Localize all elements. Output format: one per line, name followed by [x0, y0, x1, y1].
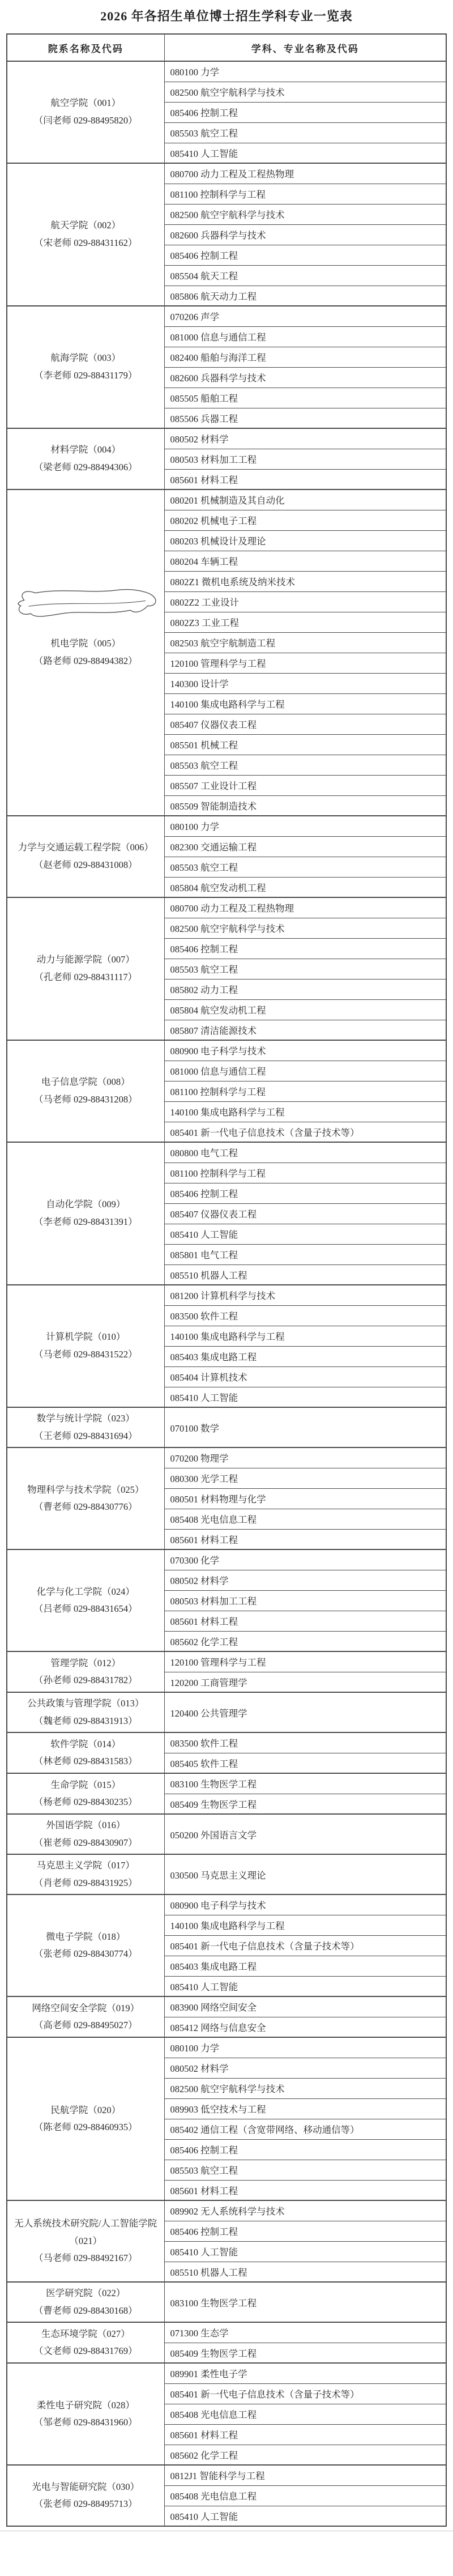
major-cell: 085403 集成电路工程	[164, 1956, 446, 1976]
college-cell: 数学与统计学院（023）（王老师 029-88431694）	[7, 1407, 164, 1447]
major-cell: 085510 机器人工程	[164, 1264, 446, 1285]
college-cell: 医学研究院（022）（曹老师 029-88430168）	[7, 2282, 164, 2322]
major-cell: 085408 光电信息工程	[164, 1509, 446, 1529]
major-cell: 085407 仪器仪表工程	[164, 714, 446, 734]
major-cell: 140100 集成电路科学与工程	[164, 693, 446, 714]
college-cell: 力学与交通运载工程学院（006）（赵老师 029-88431008）	[7, 816, 164, 897]
major-cell: 085807 清洁能源技术	[164, 1020, 446, 1040]
college-cell: 计算机学院（010）（马老师 029-88431522）	[7, 1285, 164, 1407]
college-cell: 航天学院（002）（宋老师 029-88431162）	[7, 163, 164, 306]
major-cell: 082400 船舶与海洋工程	[164, 347, 446, 367]
major-cell: 080100 力学	[164, 816, 446, 836]
college-contact: （赵老师 029-88431008）	[12, 857, 160, 874]
major-cell: 083100 生物医学工程	[164, 2282, 446, 2322]
major-cell: 140300 设计学	[164, 673, 446, 693]
major-cell: 085503 航空工程	[164, 2160, 446, 2180]
college-contact: （曹老师 029-88430776）	[12, 1498, 160, 1516]
major-cell: 030500 马克思主义理论	[164, 1854, 446, 1894]
major-cell: 083500 软件工程	[164, 1732, 446, 1753]
major-cell: 140100 集成电路科学与工程	[164, 1915, 446, 1935]
college-name: 马克思主义学院（017）	[12, 1857, 160, 1875]
college-name: 无人系统技术研究院/人工智能学院（021）	[12, 2215, 160, 2250]
major-cell: 082600 兵器科学与技术	[164, 224, 446, 245]
college-cell: 无人系统技术研究院/人工智能学院（021）（马老师 029-88492167）	[7, 2200, 164, 2282]
college-cell: 民航学院（020）（陈老师 029-88460935）	[7, 2037, 164, 2200]
college-contact: （路老师 029-88494382）	[12, 653, 160, 670]
major-cell: 120200 工商管理学	[164, 1672, 446, 1692]
major-cell: 085503 航空工程	[164, 959, 446, 979]
major-cell: 082500 航空宇航科学与技术	[164, 918, 446, 938]
major-cell: 085505 船舶工程	[164, 388, 446, 408]
major-cell: 085409 生物医学工程	[164, 1794, 446, 1814]
college-contact: （马老师 029-88431522）	[12, 1346, 160, 1364]
major-cell: 070100 数学	[164, 1407, 446, 1447]
college-name: 航海学院（003）	[12, 350, 160, 367]
major-cell: 085406 控制工程	[164, 245, 446, 265]
major-cell: 085506 兵器工程	[164, 408, 446, 428]
college-contact: （林老师 029-88431583）	[12, 1753, 160, 1770]
college-contact: （李老师 029-88431391）	[12, 1214, 160, 1231]
major-cell: 089902 无人系统科学与技术	[164, 2200, 446, 2221]
college-cell: 化学与化工学院（024）（吕老师 029-88431654）	[7, 1549, 164, 1651]
major-cell: 085409 生物医学工程	[164, 2343, 446, 2363]
college-cell: 管理学院（012）（孙老师 029-88431782）	[7, 1651, 164, 1692]
major-cell: 120100 管理科学与工程	[164, 1651, 446, 1672]
major-cell: 085410 人工智能	[164, 1387, 446, 1407]
college-contact: （梁老师 029-88494306）	[12, 459, 160, 476]
major-cell: 085402 通信工程（含宽带网络、移动通信等）	[164, 2119, 446, 2139]
major-cell: 120400 公共管理学	[164, 1692, 446, 1732]
major-cell: 082500 航空宇航科学与技术	[164, 2078, 446, 2098]
college-name: 航空学院（001）	[12, 95, 160, 112]
table-row: 化学与化工学院（024）（吕老师 029-88431654）070300 化学	[7, 1549, 446, 1570]
college-name: 生态环境学院（027）	[12, 2326, 160, 2343]
major-cell: 070206 声学	[164, 306, 446, 326]
college-name: 材料学院（004）	[12, 441, 160, 459]
major-cell: 085601 材料工程	[164, 469, 446, 489]
table-row: 公共政策与管理学院（013）（魏老师 029-88431913）120400 公…	[7, 1692, 446, 1732]
college-contact: （闫老师 029-88495820）	[12, 112, 160, 130]
programs-table: 院系名称及代码 学科、专业名称及代码 航空学院（001）（闫老师 029-884…	[6, 33, 447, 2527]
major-cell: 085804 航空发动机工程	[164, 877, 446, 897]
college-name: 柔性电子研究院（028）	[12, 2397, 160, 2415]
major-cell: 081100 控制科学与工程	[164, 184, 446, 204]
table-row: 无人系统技术研究院/人工智能学院（021）（马老师 029-88492167）0…	[7, 2200, 446, 2221]
major-cell: 083500 软件工程	[164, 1305, 446, 1326]
major-cell: 081100 控制科学与工程	[164, 1163, 446, 1183]
table-row: 管理学院（012）（孙老师 029-88431782）120100 管理科学与工…	[7, 1651, 446, 1672]
college-cell: 外国语学院（016）（崔老师 029-88430907）	[7, 1814, 164, 1854]
major-cell: 085602 化学工程	[164, 2445, 446, 2465]
major-cell: 085509 智能制造技术	[164, 795, 446, 816]
table-row: 计算机学院（010）（马老师 029-88431522）081200 计算机科学…	[7, 1285, 446, 1305]
major-cell: 085406 控制工程	[164, 938, 446, 959]
college-cell: 马克思主义学院（017）（肖老师 029-88431925）	[7, 1854, 164, 1894]
major-cell: 081000 信息与通信工程	[164, 1061, 446, 1081]
college-name: 医学研究院（022）	[12, 2285, 160, 2302]
major-cell: 085501 机械工程	[164, 734, 446, 755]
major-cell: 080900 电子科学与技术	[164, 1040, 446, 1061]
college-contact: （杨老师 029-88430235）	[12, 1794, 160, 1811]
table-row: 医学研究院（022）（曹老师 029-88430168）083100 生物医学工…	[7, 2282, 446, 2322]
college-name: 管理学院（012）	[12, 1655, 160, 1672]
major-cell: 082600 兵器科学与技术	[164, 367, 446, 388]
major-cell: 085403 集成电路工程	[164, 1346, 446, 1366]
major-cell: 070200 物理学	[164, 1447, 446, 1468]
major-cell: 0802Z3 工业工程	[164, 612, 446, 632]
college-cell: 自动化学院（009）（李老师 029-88431391）	[7, 1142, 164, 1285]
major-cell: 080503 材料加工工程	[164, 449, 446, 469]
document-page: 2026 年各招生单位博士招生学科专业一览表 院系名称及代码 学科、专业名称及代…	[0, 0, 453, 2531]
major-cell: 085510 机器人工程	[164, 2262, 446, 2282]
college-contact: （张老师 029-88430774）	[12, 1945, 160, 1963]
major-cell: 085806 航天动力工程	[164, 286, 446, 306]
college-contact: （张老师 029-88495713）	[12, 2496, 160, 2513]
major-cell: 085405 软件工程	[164, 1753, 446, 1773]
major-cell: 080201 机械制造及其自动化	[164, 489, 446, 510]
table-row: 数学与统计学院（023）（王老师 029-88431694）070100 数学	[7, 1407, 446, 1447]
major-cell: 085408 光电信息工程	[164, 2404, 446, 2424]
column-header-college: 院系名称及代码	[7, 34, 164, 61]
major-cell: 085410 人工智能	[164, 2506, 446, 2526]
table-body: 航空学院（001）（闫老师 029-88495820）080100 力学0825…	[7, 61, 446, 2526]
college-name: 化学与化工学院（024）	[12, 1583, 160, 1601]
major-cell: 080100 力学	[164, 61, 446, 82]
college-contact: （李老师 029-88431179）	[12, 367, 160, 385]
major-cell: 140100 集成电路科学与工程	[164, 1326, 446, 1346]
major-cell: 085401 新一代电子信息技术（含量子技术等）	[164, 1935, 446, 1956]
major-cell: 080900 电子科学与技术	[164, 1894, 446, 1915]
major-cell: 085404 计算机技术	[164, 1366, 446, 1387]
college-name: 软件学院（014）	[12, 1736, 160, 1753]
college-contact: （文老师 029-88431769）	[12, 2343, 160, 2360]
major-cell: 0802Z2 工业设计	[164, 591, 446, 612]
major-cell: 080700 动力工程及工程热物理	[164, 163, 446, 184]
table-row: 电子信息学院（008）（马老师 029-88431208）080900 电子科学…	[7, 1040, 446, 1061]
major-cell: 081000 信息与通信工程	[164, 326, 446, 347]
table-row: 力学与交通运载工程学院（006）（赵老师 029-88431008）080100…	[7, 816, 446, 836]
major-cell: 082500 航空宇航科学与技术	[164, 204, 446, 224]
college-cell: 机电学院（005）（路老师 029-88494382）	[7, 489, 164, 816]
handwritten-scribble-icon	[11, 581, 161, 620]
college-name: 公共政策与管理学院（013）	[12, 1695, 160, 1713]
table-row: 材料学院（004）（梁老师 029-88494306）080502 材料学	[7, 428, 446, 449]
college-name: 电子信息学院（008）	[12, 1074, 160, 1091]
college-contact: （马老师 029-88492167）	[12, 2250, 160, 2267]
college-name: 自动化学院（009）	[12, 1196, 160, 1214]
major-cell: 120100 管理科学与工程	[164, 653, 446, 673]
major-cell: 080502 材料学	[164, 428, 446, 449]
major-cell: 080800 电气工程	[164, 1142, 446, 1163]
major-cell: 080502 材料学	[164, 1570, 446, 1590]
college-contact: （吕老师 029-88431654）	[12, 1600, 160, 1618]
major-cell: 085408 光电信息工程	[164, 2485, 446, 2506]
major-cell: 071300 生态学	[164, 2322, 446, 2343]
college-cell: 光电与智能研究院（030）（张老师 029-88495713）	[7, 2465, 164, 2526]
major-cell: 0802Z1 微机电系统及纳米技术	[164, 571, 446, 591]
college-name: 航天学院（002）	[12, 217, 160, 235]
major-cell: 085412 网络与信息安全	[164, 2017, 446, 2037]
major-cell: 085406 控制工程	[164, 1183, 446, 1203]
college-cell: 网络空间安全学院（019）（高老师 029-88495027）	[7, 1996, 164, 2037]
major-cell: 082503 航空宇航制造工程	[164, 632, 446, 653]
major-cell: 085406 控制工程	[164, 2221, 446, 2241]
table-row: 网络空间安全学院（019）（高老师 029-88495027）083900 网络…	[7, 1996, 446, 2017]
table-row: 生态环境学院（027）（文老师 029-88431769）071300 生态学	[7, 2322, 446, 2343]
major-cell: 083100 生物医学工程	[164, 1773, 446, 1794]
major-cell: 080204 车辆工程	[164, 551, 446, 571]
major-cell: 080100 力学	[164, 2037, 446, 2058]
major-cell: 080203 机械设计及理论	[164, 530, 446, 551]
major-cell: 081200 计算机科学与技术	[164, 1285, 446, 1305]
table-row: 生命学院（015）（杨老师 029-88430235）083100 生物医学工程	[7, 1773, 446, 1794]
college-cell: 材料学院（004）（梁老师 029-88494306）	[7, 428, 164, 489]
college-name: 数学与统计学院（023）	[12, 1410, 160, 1428]
table-row: 航空学院（001）（闫老师 029-88495820）080100 力学	[7, 61, 446, 82]
table-row: 航海学院（003）（李老师 029-88431179）070206 声学	[7, 306, 446, 326]
major-cell: 085504 航天工程	[164, 265, 446, 286]
college-name: 光电与智能研究院（030）	[12, 2479, 160, 2496]
college-contact: （曹老师 029-88430168）	[12, 2302, 160, 2320]
major-cell: 089901 柔性电子学	[164, 2363, 446, 2383]
major-cell: 085602 化学工程	[164, 1631, 446, 1651]
college-contact: （马老师 029-88431208）	[12, 1091, 160, 1109]
college-name: 网络空间安全学院（019）	[12, 2000, 160, 2017]
college-cell: 柔性电子研究院（028）（邹老师 029-88431960）	[7, 2363, 164, 2465]
college-name: 生命学院（015）	[12, 1777, 160, 1794]
table-row: 航天学院（002）（宋老师 029-88431162）080700 动力工程及工…	[7, 163, 446, 184]
major-cell: 085601 材料工程	[164, 2180, 446, 2200]
college-name: 微电子学院（018）	[12, 1928, 160, 1946]
college-cell: 物理科学与技术学院（025）（曹老师 029-88430776）	[7, 1447, 164, 1549]
college-cell: 公共政策与管理学院（013）（魏老师 029-88431913）	[7, 1692, 164, 1732]
table-row: 自动化学院（009）（李老师 029-88431391）080800 电气工程	[7, 1142, 446, 1163]
column-header-majors: 学科、专业名称及代码	[164, 34, 446, 61]
table-row: 民航学院（020）（陈老师 029-88460935）080100 力学	[7, 2037, 446, 2058]
major-cell: 085802 动力工程	[164, 979, 446, 999]
page-title: 2026 年各招生单位博士招生学科专业一览表	[0, 7, 453, 24]
major-cell: 085410 人工智能	[164, 143, 446, 163]
college-name: 动力与能源学院（007）	[12, 951, 160, 969]
major-cell: 085407 仪器仪表工程	[164, 1203, 446, 1224]
major-cell: 085410 人工智能	[164, 2241, 446, 2262]
table-row: 微电子学院（018）（张老师 029-88430774）080900 电子科学与…	[7, 1894, 446, 1915]
college-contact: （宋老师 029-88431162）	[12, 235, 160, 252]
table-row: 马克思主义学院（017）（肖老师 029-88431925）030500 马克思…	[7, 1854, 446, 1894]
major-cell: 083900 网络空间安全	[164, 1996, 446, 2017]
college-contact: （高老师 029-88495027）	[12, 2017, 160, 2034]
college-name: 机电学院（005）	[12, 635, 160, 653]
table-row: 外国语学院（016）（崔老师 029-88430907）050200 外国语言文…	[7, 1814, 446, 1854]
major-cell: 080700 动力工程及工程热物理	[164, 897, 446, 918]
college-name: 民航学院（020）	[12, 2102, 160, 2119]
major-cell: 080502 材料学	[164, 2058, 446, 2078]
college-contact: （王老师 029-88431694）	[12, 1428, 160, 1445]
major-cell: 085804 航空发动机工程	[164, 999, 446, 1020]
major-cell: 085410 人工智能	[164, 1224, 446, 1244]
major-cell: 085801 电气工程	[164, 1244, 446, 1264]
college-name: 外国语学院（016）	[12, 1817, 160, 1834]
major-cell: 140100 集成电路科学与工程	[164, 1101, 446, 1122]
major-cell: 085503 航空工程	[164, 122, 446, 143]
major-cell: 081100 控制科学与工程	[164, 1081, 446, 1101]
major-cell: 085401 新一代电子信息技术（含量子技术等）	[164, 2383, 446, 2404]
college-cell: 微电子学院（018）（张老师 029-88430774）	[7, 1894, 164, 1996]
college-cell: 航海学院（003）（李老师 029-88431179）	[7, 306, 164, 428]
major-cell: 082500 航空宇航科学与技术	[164, 82, 446, 102]
major-cell: 080501 材料物理与化学	[164, 1488, 446, 1509]
table-row: 光电与智能研究院（030）（张老师 029-88495713）0812J1 智能…	[7, 2465, 446, 2485]
major-cell: 085503 航空工程	[164, 857, 446, 877]
major-cell: 080503 材料加工工程	[164, 1590, 446, 1611]
major-cell: 070300 化学	[164, 1549, 446, 1570]
college-contact: （崔老师 029-88430907）	[12, 1834, 160, 1852]
college-cell: 软件学院（014）（林老师 029-88431583）	[7, 1732, 164, 1773]
college-cell: 生态环境学院（027）（文老师 029-88431769）	[7, 2322, 164, 2363]
college-cell: 航空学院（001）（闫老师 029-88495820）	[7, 61, 164, 163]
major-cell: 085601 材料工程	[164, 1529, 446, 1549]
table-row: 软件学院（014）（林老师 029-88431583）083500 软件工程	[7, 1732, 446, 1753]
table-row: 物理科学与技术学院（025）（曹老师 029-88430776）070200 物…	[7, 1447, 446, 1468]
major-cell: 085601 材料工程	[164, 1611, 446, 1631]
table-row: 动力与能源学院（007）（孔老师 029-88431117）080700 动力工…	[7, 897, 446, 918]
college-contact: （邹老师 029-88431960）	[12, 2414, 160, 2432]
college-name: 物理科学与技术学院（025）	[12, 1481, 160, 1499]
college-contact: （孔老师 029-88431117）	[12, 969, 160, 986]
major-cell: 085601 材料工程	[164, 2424, 446, 2445]
college-cell: 生命学院（015）（杨老师 029-88430235）	[7, 1773, 164, 1814]
major-cell: 0812J1 智能科学与工程	[164, 2465, 446, 2485]
major-cell: 085401 新一代电子信息技术（含量子技术等）	[164, 1122, 446, 1142]
major-cell: 050200 外国语言文学	[164, 1814, 446, 1854]
college-name: 力学与交通运载工程学院（006）	[12, 839, 160, 857]
college-contact: （陈老师 029-88460935）	[12, 2119, 160, 2136]
college-cell: 电子信息学院（008）（马老师 029-88431208）	[7, 1040, 164, 1142]
major-cell: 085406 控制工程	[164, 102, 446, 122]
major-cell: 085507 工业设计工程	[164, 775, 446, 795]
table-row: 机电学院（005）（路老师 029-88494382）080201 机械制造及其…	[7, 489, 446, 510]
major-cell: 080300 光学工程	[164, 1468, 446, 1488]
major-cell: 089903 低空技术与工程	[164, 2098, 446, 2119]
college-contact: （魏老师 029-88431913）	[12, 1713, 160, 1730]
table-header-row: 院系名称及代码 学科、专业名称及代码	[7, 34, 446, 61]
college-contact: （肖老师 029-88431925）	[12, 1875, 160, 1892]
college-name: 计算机学院（010）	[12, 1329, 160, 1346]
major-cell: 085406 控制工程	[164, 2139, 446, 2160]
page-bottom-rule	[0, 2531, 453, 2531]
major-cell: 080202 机械电子工程	[164, 510, 446, 530]
college-contact: （孙老师 029-88431782）	[12, 1672, 160, 1689]
major-cell: 085503 航空工程	[164, 755, 446, 775]
major-cell: 082300 交通运输工程	[164, 836, 446, 857]
table-row: 柔性电子研究院（028）（邹老师 029-88431960）089901 柔性电…	[7, 2363, 446, 2383]
college-cell: 动力与能源学院（007）（孔老师 029-88431117）	[7, 897, 164, 1040]
major-cell: 085410 人工智能	[164, 1976, 446, 1996]
